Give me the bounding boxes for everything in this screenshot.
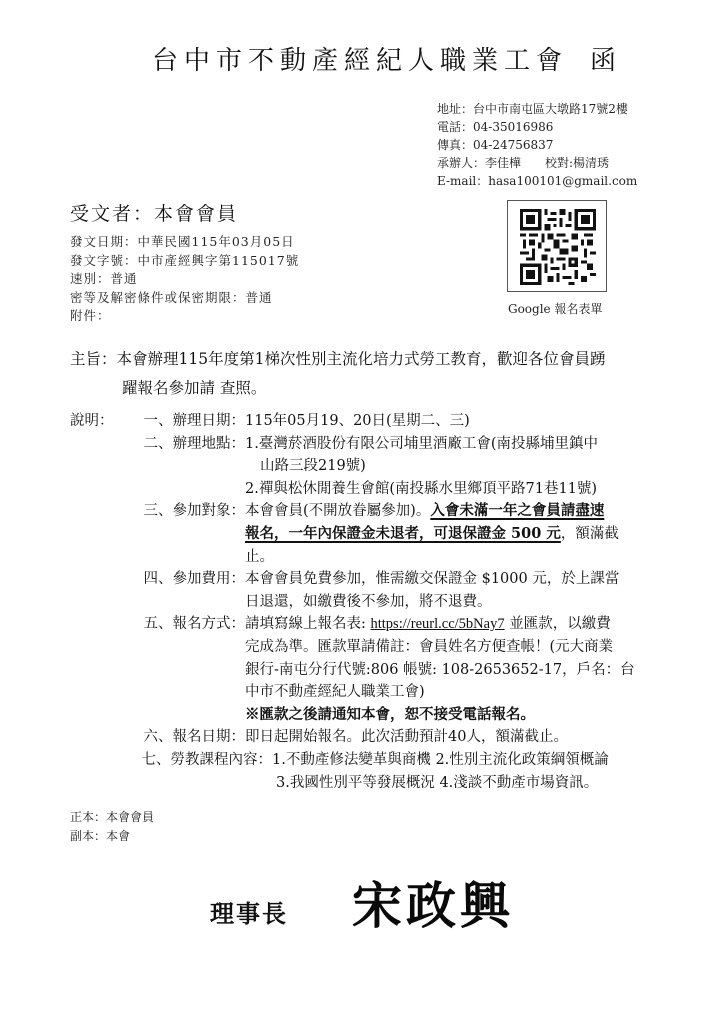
item-content: 本會會員(不開放眷屬參加)。 — [245, 503, 430, 519]
item-content-cont: 2.禪與松休閒養生會館(南投縣水里鄉頂平路71巷11號) — [70, 478, 635, 501]
explanation-item-5: 五、報名方式： 請填寫線上報名表: https://reurl.cc/5bNay… — [70, 613, 635, 636]
contact-address: 地址：台中市南屯區大墩路17號2樓 — [437, 100, 637, 118]
notice-text: ※匯款之後請通知本會，恕不接受電話報名。 — [70, 704, 635, 727]
item-content-cont: ，額滿截 — [561, 526, 619, 542]
contact-fax: 傳真：04-24756837 — [437, 136, 637, 154]
item-content-cont: 銀行-南屯分行代號:806 帳號: 108-2653652-17，戶名：台 — [70, 659, 635, 682]
explanation-item-6: 六、報名日期： 即日起開始報名。此次活動預計40人，額滿截止。 — [70, 726, 635, 749]
item-content: 1.不動產修法變革與商機 2.性別主流化政策綱領概論 — [272, 749, 609, 772]
emphasis-text: 報名，一年內保證金未退者，可退保證金 500 元 — [245, 525, 561, 542]
item-content-cont: 中市不動產經紀人職業工會) — [70, 681, 635, 704]
item-content-cont: 止。 — [70, 546, 635, 569]
original-copy: 正本：本會會員 — [70, 808, 154, 827]
attachment: 附件： — [70, 307, 299, 326]
document-type: 函 — [590, 40, 616, 77]
item-content-cont: 完成為準。匯款單請備註：會員姓名方便查帳！(元大商業 — [70, 636, 635, 659]
subject-section: 主旨：本會辦理115年度第1梯次性別主流化培力式勞工教育，歡迎各位會員踴 躍報名… — [70, 345, 605, 403]
document-title: 台中市不動產經紀人職業工會 — [152, 40, 568, 77]
item-content-cont: 3.我國性別平等發展概況 4.淺談不動產市場資訊。 — [70, 772, 635, 795]
qr-caption: Google 報名表單 — [508, 300, 602, 317]
explanation-item-7: 七、勞教課程內容： 1.不動產修法變革與商機 2.性別主流化政策綱領概論 — [70, 749, 635, 772]
explanation-item-2: 二、辦理地點： 1.臺灣菸酒股份有限公司埔里酒廠工會(南投縣埔里鎮中 — [70, 433, 635, 456]
item-label: 七、勞教課程內容： — [70, 749, 272, 772]
item-label: 五、報名方式： — [70, 613, 245, 636]
duplicate-copy: 副本：本會 — [70, 827, 154, 846]
explanation-label: 說明： — [70, 410, 122, 433]
signatory-title: 理事長 — [210, 894, 288, 929]
subject-text-line2: 躍報名參加請 查照。 — [70, 374, 605, 403]
explanation-section: 說明： 一、辦理日期： 115年05月19、20日(星期二、三) 二、辦理地點：… — [70, 410, 635, 794]
copies-block: 正本：本會會員 副本：本會 — [70, 808, 154, 846]
item-content-cont: 日退還，如繳費後不參加，將不退費。 — [70, 591, 635, 614]
subject-text-line1: 本會辦理115年度第1梯次性別主流化培力式勞工教育，歡迎各位會員踴 — [117, 350, 606, 368]
item-content: 本會會員免費參加，惟需繳交保證金 $1000 元，於上課當 — [245, 568, 619, 591]
document-meta: 發文日期：中華民國115年03月05日 發文字號：中市產經興字第115017號 … — [70, 233, 299, 326]
signatory-name: 宋政興 — [352, 866, 514, 938]
item-label: 六、報名日期： — [70, 726, 245, 749]
explanation-item-4: 四、參加費用： 本會會員免費參加，惟需繳交保證金 $1000 元，於上課當 — [70, 568, 635, 591]
registration-link[interactable]: https://reurl.cc/5bNay7 — [371, 616, 505, 632]
confidentiality: 密等及解密條件或保密期限：普通 — [70, 289, 299, 308]
item-content: 請填寫線上報名表: — [245, 616, 371, 632]
qr-code[interactable] — [507, 200, 607, 292]
contact-phone: 電話：04-35016986 — [437, 118, 637, 136]
explanation-item-1: 說明： 一、辦理日期： 115年05月19、20日(星期二、三) — [70, 410, 635, 433]
item-content: 即日起開始報名。此次活動預計40人，額滿截止。 — [245, 726, 568, 749]
contact-email: E-mail：hasa100101@gmail.com — [437, 172, 637, 190]
explanation-item-3: 三、參加對象： 本會會員(不開放眷屬參加)。入會未滿一年之會員請盡速 — [70, 500, 635, 523]
item-label: 四、參加費用： — [70, 568, 245, 591]
item-label: 二、辦理地點： — [70, 433, 245, 456]
recipient: 受文者：本會會員 — [70, 199, 238, 226]
emphasis-text: 入會未滿一年之會員請盡速 — [430, 502, 604, 519]
contact-block: 地址：台中市南屯區大墩路17號2樓 電話：04-35016986 傳真：04-2… — [437, 100, 637, 190]
speed-class: 速別：普通 — [70, 270, 299, 289]
document-number: 發文字號：中市產經興字第115017號 — [70, 252, 299, 271]
subject-label: 主旨： — [70, 350, 117, 368]
qr-code-icon — [520, 209, 596, 285]
contact-handler: 承辦人：李佳樺 校對:楊清琇 — [437, 154, 637, 172]
item-content: 1.臺灣菸酒股份有限公司埔里酒廠工會(南投縣埔里鎮中 — [245, 433, 598, 456]
item-content-cont: 山路三段219號) — [70, 455, 635, 478]
item-label: 一、辦理日期： — [122, 410, 245, 433]
item-content: 並匯款，以繳費 — [505, 616, 611, 632]
item-label: 三、參加對象： — [70, 500, 245, 523]
issue-date: 發文日期：中華民國115年03月05日 — [70, 233, 299, 252]
item-content: 115年05月19、20日(星期二、三) — [245, 410, 470, 433]
